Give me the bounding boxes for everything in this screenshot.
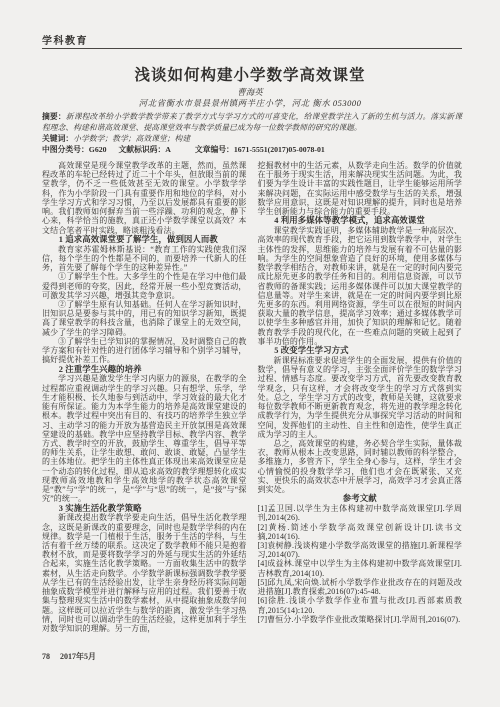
- journal-page: 学科教育 浅谈如何构建小学数学高效课堂 曹海英 河北省衡水市景县景州镇两半庄小学…: [0, 0, 500, 707]
- clc-value: G620: [89, 145, 107, 154]
- classification-line: 中图分类号：G620 文献标识码：A 文章编号：1671-5551(2017)0…: [42, 145, 462, 156]
- article-meta: 摘要：新课程改革给小学数学教学带来了教学方式与学习方式的可喜变化，给课堂教学注入…: [42, 112, 462, 156]
- articleid-value: 1671-5551(2017)05-0078-01: [234, 145, 325, 154]
- page-footer: 782017年5月: [42, 651, 96, 662]
- reference-item: [1]孟卫国.以学生为主体构建初中数学高效课堂[J].学周刊,2014(26).: [258, 504, 463, 522]
- keywords: 关键词：小学数学；教学；高效课堂；构建: [42, 134, 462, 145]
- article-title: 浅谈如何构建小学数学高效课堂: [0, 63, 500, 85]
- paragraph: ①了解学生个性。大多学生的个性是在学习中他们最爱得到老师的夸奖，因此，经常开展一…: [42, 272, 247, 300]
- reference-item: [6]徐胜.浅谈小学数学作业布置与批改[J].西部素质教育,2015(14):1…: [258, 596, 463, 614]
- paragraph: ③了解学生已学知识的掌握情况，及时调整自己的教学方案和有针对性的进行团体学习辅导…: [42, 337, 247, 365]
- section-heading: 3 实施生活化教学策略: [42, 504, 247, 514]
- paragraph: 挖掘教材中的生活元素，从数学走向生活。数学的价值就在于服务于现实生活，用来解决现…: [258, 161, 463, 216]
- section-heading: 1 追求高效课堂要了解学生，做到因人而教: [42, 235, 247, 245]
- keywords-label: 关键词：: [42, 134, 73, 143]
- paragraph: 高效课堂是现今课堂教学改革的主题，然而，虽然课程改革的车轮已经转过了近二十个年头…: [42, 161, 247, 235]
- clc-label: 中图分类号：: [42, 145, 89, 154]
- reference-item: [5]邱九凤,宋向焕.试析小学数学作业批改存在的问题及改进措施[J].教育探索,…: [258, 578, 463, 596]
- section-heading: 5 改变学生学习方式: [258, 346, 463, 356]
- doccode-group: 文献标识码：A: [119, 145, 171, 154]
- reference-item: [4]成益林.课堂中以学生为主体构建初中数学高效课堂[J].吉林教育,2014(…: [258, 559, 463, 577]
- abstract-label: 摘要：: [42, 112, 66, 121]
- paragraph: 新课改提出数学教学要走向生活，倡导生活化教学理念，这既是新课改的重要理念，同时也…: [42, 513, 247, 633]
- doccode-label: 文献标识码：: [119, 145, 166, 154]
- article-affiliation: 河北省衡水市景县景州镇两半庄小学，河北 衡水 053000: [0, 97, 500, 109]
- issue-date: 2017年5月: [60, 652, 96, 661]
- paragraph: ②了解学生原有认知基础。任何人在学习新知识时，旧知识总是要参与其中的，用已有的知…: [42, 300, 247, 337]
- page-number: 78: [42, 652, 50, 661]
- body-column-left: 高效课堂是现今课堂教学改革的主题，然而，虽然课程改革的车轮已经转过了近二十个年头…: [42, 161, 247, 633]
- articleid-label: 文章编号：: [195, 145, 234, 154]
- reference-item: [2]黄杨.简述小学数学高效课堂创新设计[J].读书文摘,2014(16).: [258, 523, 463, 541]
- paragraph: 课堂教学实践证明，多媒体辅助教学是一种高层次、高效率的现代教育手段，把它运用到数…: [258, 226, 463, 346]
- keywords-text: 小学数学；教学；高效课堂；构建: [73, 134, 190, 143]
- abstract-text: 新课程改革给小学数学教学带来了教学方式与学习方式的可喜变化，给课堂教学注入了新的…: [42, 112, 462, 132]
- column-category-label: 学科教育: [42, 32, 88, 47]
- paragraph: 总之，高效课堂的构建，务必契合学生实际，量体裁衣，教师从根本上改变思路，同时辅以…: [258, 439, 463, 494]
- paragraph: 教育家苏霍姆林斯基说：“教育工作的实践使我们深信，每个学生的个性都是不同的，而要…: [42, 245, 247, 273]
- paragraph: 学习兴趣是激发学生学习内驱力的源泉，在教学的全过程都应重视调动学生的学习兴趣。只…: [42, 374, 247, 503]
- clc-group: 中图分类号：G620: [42, 145, 107, 154]
- body-column-right: 挖掘教材中的生活元素，从数学走向生活。数学的价值就在于服务于现实生活，用来解决现…: [258, 161, 463, 633]
- article-body: 高效课堂是现今课堂教学改革的主题，然而，虽然课程改革的车轮已经转过了近二十个年头…: [42, 161, 462, 633]
- section-heading: 2 注重学生兴趣的培养: [42, 365, 247, 375]
- doccode-value: A: [165, 145, 171, 154]
- reference-item: [7]曹恒分.小学数学作业批改策略探讨[J].学周刊,2016(07).: [258, 615, 463, 624]
- header-divider: [42, 48, 462, 49]
- section-heading: 4 利用多媒体等教学模式，追求高效课堂: [258, 216, 463, 226]
- paragraph: 新课程标准要求促进学生的全面发展，提供有价值的数学，倡导有意义的学习，主张全面评…: [258, 356, 463, 439]
- reference-item: [3]袁树静.浅谈构建小学数学高效课堂的措施[J].新课程学习,2014(07)…: [258, 541, 463, 559]
- abstract: 摘要：新课程改革给小学数学教学带来了教学方式与学习方式的可喜变化，给课堂教学注入…: [42, 112, 462, 134]
- articleid-group: 文章编号：1671-5551(2017)05-0078-01: [195, 145, 325, 154]
- section-heading: 参考文献: [258, 494, 463, 504]
